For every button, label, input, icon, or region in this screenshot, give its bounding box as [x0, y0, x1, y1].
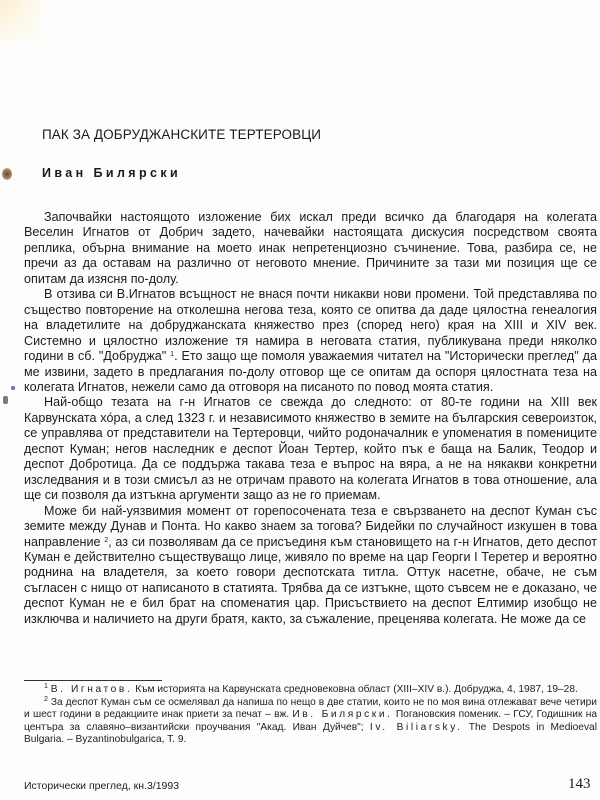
document-page: ПАК ЗА ДОБРУДЖАНСКИТЕ ТЕРТЕРОВЦИ Иван Би… [0, 0, 600, 800]
footnote-author: Iv. Biliarsky. [370, 722, 463, 733]
paragraph-2: В отзива си В.Игнатов всъщност не внася … [24, 287, 597, 395]
footnote-text: Към историята на Карвунската средновеков… [132, 684, 577, 695]
journal-footer: Исторически преглед, кн.3/1993 [24, 780, 179, 792]
paragraph-4: Може би най-уязвимия момент от горепосоч… [24, 504, 597, 628]
article-author: Иван Билярски [42, 166, 181, 180]
footnote-1: 1 В. Игнатов. Към историята на Карвунска… [24, 684, 597, 697]
margin-dot [11, 386, 15, 390]
footnote-2: 2 За деспот Куман съм се осмелявал да на… [24, 697, 597, 747]
article-title: ПАК ЗА ДОБРУДЖАНСКИТЕ ТЕРТЕРОВЦИ [42, 127, 321, 142]
margin-mark-2 [3, 396, 8, 404]
article-body: Започвайки настоящото изложение бих иска… [24, 210, 597, 627]
page-number: 143 [568, 776, 591, 793]
paragraph-1: Започвайки настоящото изложение бих иска… [24, 210, 597, 287]
page-stain [0, 0, 40, 40]
margin-mark [2, 168, 12, 180]
paragraph-text: Започвайки настоящото изложение бих иска… [24, 210, 597, 286]
paragraph-text: Най-общо тезата на г-н Игнатов се свежда… [24, 395, 597, 502]
footnotes: 1 В. Игнатов. Към историята на Карвунска… [24, 684, 597, 747]
footnote-author: В. Игнатов. [51, 684, 133, 695]
footnote-number: 1 [44, 683, 48, 690]
paragraph-3: Най-общо тезата на г-н Игнатов се свежда… [24, 395, 597, 503]
paragraph-text: , аз си позволявам да се присъединя към … [24, 535, 597, 626]
footnote-divider [24, 680, 162, 681]
footnote-author: Ив. Билярски. [292, 709, 392, 720]
